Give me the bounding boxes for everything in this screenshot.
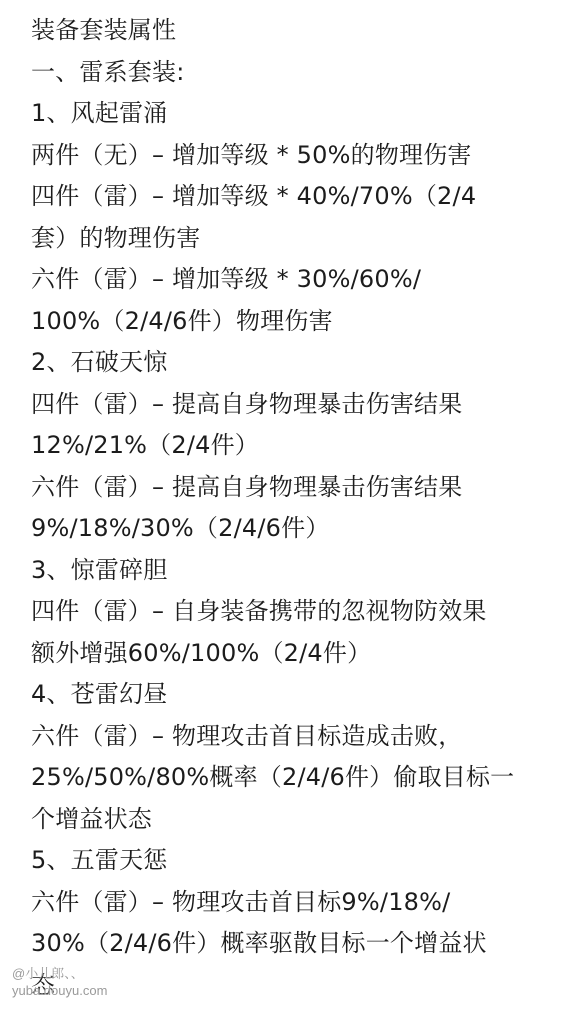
set-effect-line: 六件（雷）– 物理攻击首目标9%/18%/ bbox=[31, 882, 570, 924]
watermark-author: @小儿郎、、 bbox=[12, 965, 107, 982]
set-name: 4、苍雷幻昼 bbox=[31, 674, 570, 716]
watermark: @小儿郎、、 yuba.douyu.com bbox=[12, 965, 107, 999]
set-effect-line: 六件（雷）– 物理攻击首目标造成击败， bbox=[31, 716, 570, 758]
set-effect-line: 额外增强60%/100%（2/4件） bbox=[31, 633, 570, 675]
set-name: 5、五雷天惩 bbox=[31, 840, 570, 882]
set-effect-line: 六件（雷）– 增加等级 * 30%/60%/ bbox=[31, 259, 570, 301]
document-body: 装备套装属性 一、雷系套装: 1、风起雷涌 两件（无）– 增加等级 * 50%的… bbox=[31, 10, 570, 1006]
document-title: 装备套装属性 bbox=[31, 10, 570, 52]
set-effect-line: 个增益状态 bbox=[31, 799, 570, 841]
set-effect-line: 100%（2/4/6件）物理伤害 bbox=[31, 301, 570, 343]
set-effect-line: 态 bbox=[31, 965, 570, 1007]
set-effect-line: 9%/18%/30%（2/4/6件） bbox=[31, 508, 570, 550]
watermark-site: yuba.douyu.com bbox=[12, 982, 107, 999]
section-heading: 一、雷系套装: bbox=[31, 52, 570, 94]
set-name: 2、石破天惊 bbox=[31, 342, 570, 384]
set-effect-line: 六件（雷）– 提高自身物理暴击伤害结果 bbox=[31, 467, 570, 509]
set-effect-line: 套）的物理伤害 bbox=[31, 218, 570, 260]
set-effect-line: 四件（雷）– 提高自身物理暴击伤害结果 bbox=[31, 384, 570, 426]
set-name: 1、风起雷涌 bbox=[31, 93, 570, 135]
set-name: 3、惊雷碎胆 bbox=[31, 550, 570, 592]
set-effect-line: 12%/21%（2/4件） bbox=[31, 425, 570, 467]
set-effect-line: 两件（无）– 增加等级 * 50%的物理伤害 bbox=[31, 135, 570, 177]
set-effect-line: 四件（雷）– 增加等级 * 40%/70%（2/4 bbox=[31, 176, 570, 218]
set-effect-line: 30%（2/4/6件）概率驱散目标一个增益状 bbox=[31, 923, 570, 965]
set-effect-line: 四件（雷）– 自身装备携带的忽视物防效果 bbox=[31, 591, 570, 633]
set-effect-line: 25%/50%/80%概率（2/4/6件）偷取目标一 bbox=[31, 757, 570, 799]
